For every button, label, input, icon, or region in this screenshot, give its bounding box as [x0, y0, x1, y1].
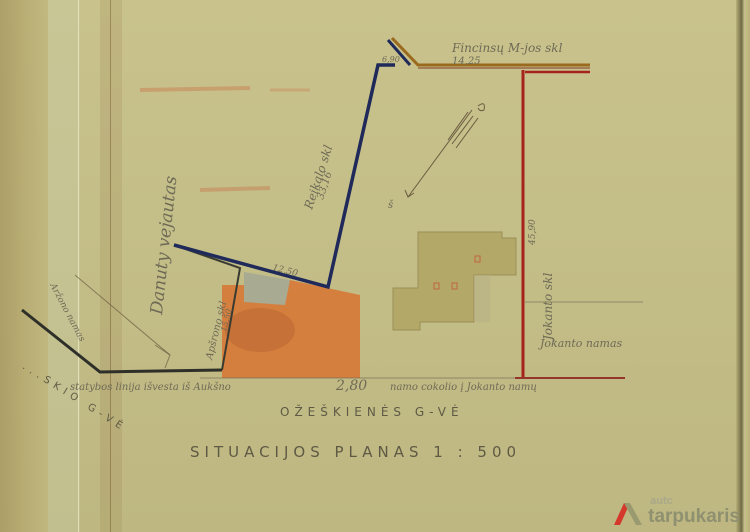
north-arrow-label: š — [388, 200, 394, 211]
jokanto-plot-label: Jokanto skl — [541, 273, 555, 343]
north-arrow-icon — [405, 104, 484, 197]
west-boundary-line — [22, 310, 222, 372]
building-line-note-2: namo cokolio į Jokanto namų — [390, 382, 537, 393]
watermark: autc tarpukaris — [612, 496, 740, 526]
grey-building — [244, 272, 290, 305]
plan-title: SITUACIJOS PLANAS 1 : 500 — [190, 443, 521, 461]
street-name: OŽEŠKIENĖS G-VĖ — [280, 404, 464, 419]
tarpukaris-logo-icon — [612, 500, 644, 526]
building-line-dimension: 2,80 — [335, 378, 367, 394]
watermark-line2: tarpukaris — [648, 507, 740, 526]
north-plot-label: Fincinsų M-jos skl — [451, 41, 563, 55]
jokanto-house-label: Jokanto namas — [538, 337, 623, 350]
north-plot-dimension: 14,25 — [452, 56, 481, 67]
jokanto-plot-dimension: 45,90 — [528, 219, 538, 246]
plan-drawing: š Fincinsų M-jos skl 14,25 6,90 Reikalo … — [0, 0, 750, 532]
building-line-note-1: statybos linija išvesta iš Aukšno — [70, 382, 231, 393]
blue-boundary-line — [174, 65, 395, 287]
corner-dimension: 6,90 — [382, 55, 400, 64]
site-plan-sheet: š Fincinsų M-jos skl 14,25 6,90 Reikalo … — [0, 0, 750, 532]
olive-building — [393, 232, 516, 330]
